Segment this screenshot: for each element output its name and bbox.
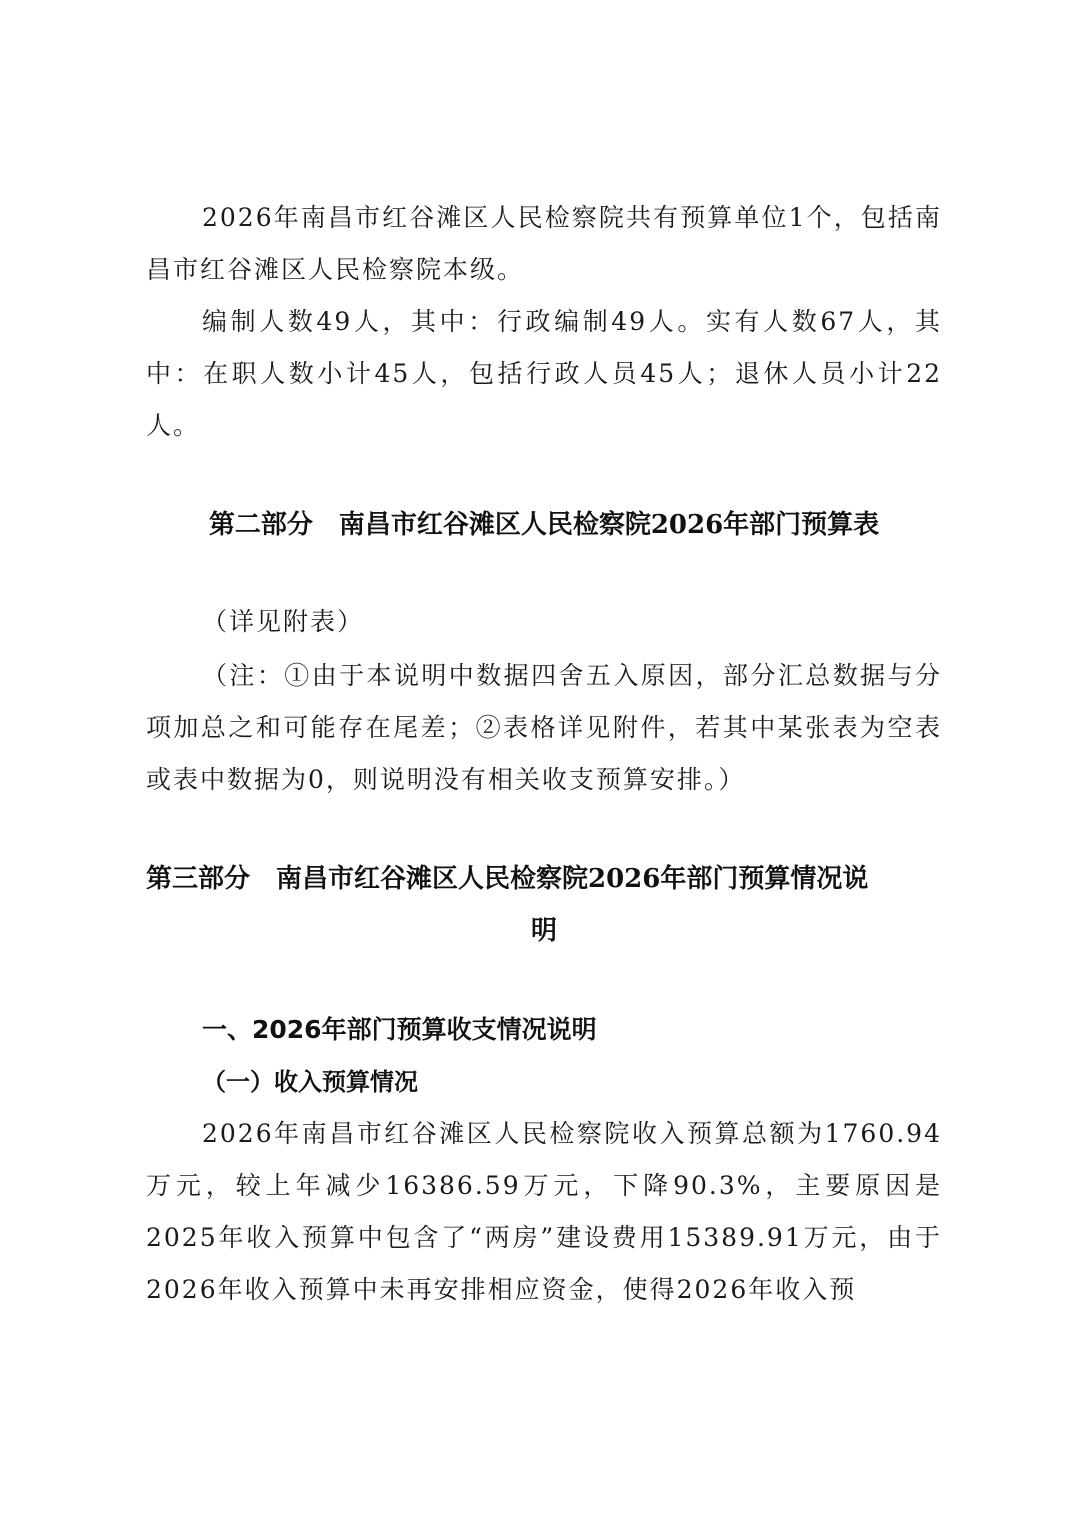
subsection-income-heading: （一）收入预算情况 [202, 1062, 418, 1102]
see-attachment-note: （详见附表） [146, 596, 942, 648]
part3-heading-line2: 明 [146, 902, 942, 960]
part2-heading: 第二部分 南昌市红谷滩区人民检察院2026年部门预算表 [146, 496, 942, 554]
paragraph-income-budget: 2026年南昌市红谷滩区人民检察院收入预算总额为1760.94万元，较上年减少1… [146, 1108, 942, 1316]
paragraph-staffing: 编制人数49人，其中：行政编制49人。实有人数67人，其中：在职人数小计45人，… [146, 296, 942, 452]
document-page: 2026年南昌市红谷滩区人民检察院共有预算单位1个，包括南昌市红谷滩区人民检察院… [0, 0, 1074, 1520]
paragraph-budget-units: 2026年南昌市红谷滩区人民检察院共有预算单位1个，包括南昌市红谷滩区人民检察院… [146, 192, 942, 296]
part3-heading-line1: 第三部分 南昌市红谷滩区人民检察院2026年部门预算情况说 [146, 850, 942, 908]
rounding-note: （注：①由于本说明中数据四舍五入原因，部分汇总数据与分项加总之和可能存在尾差；②… [146, 650, 942, 806]
section1-heading: 一、2026年部门预算收支情况说明 [202, 1010, 597, 1050]
